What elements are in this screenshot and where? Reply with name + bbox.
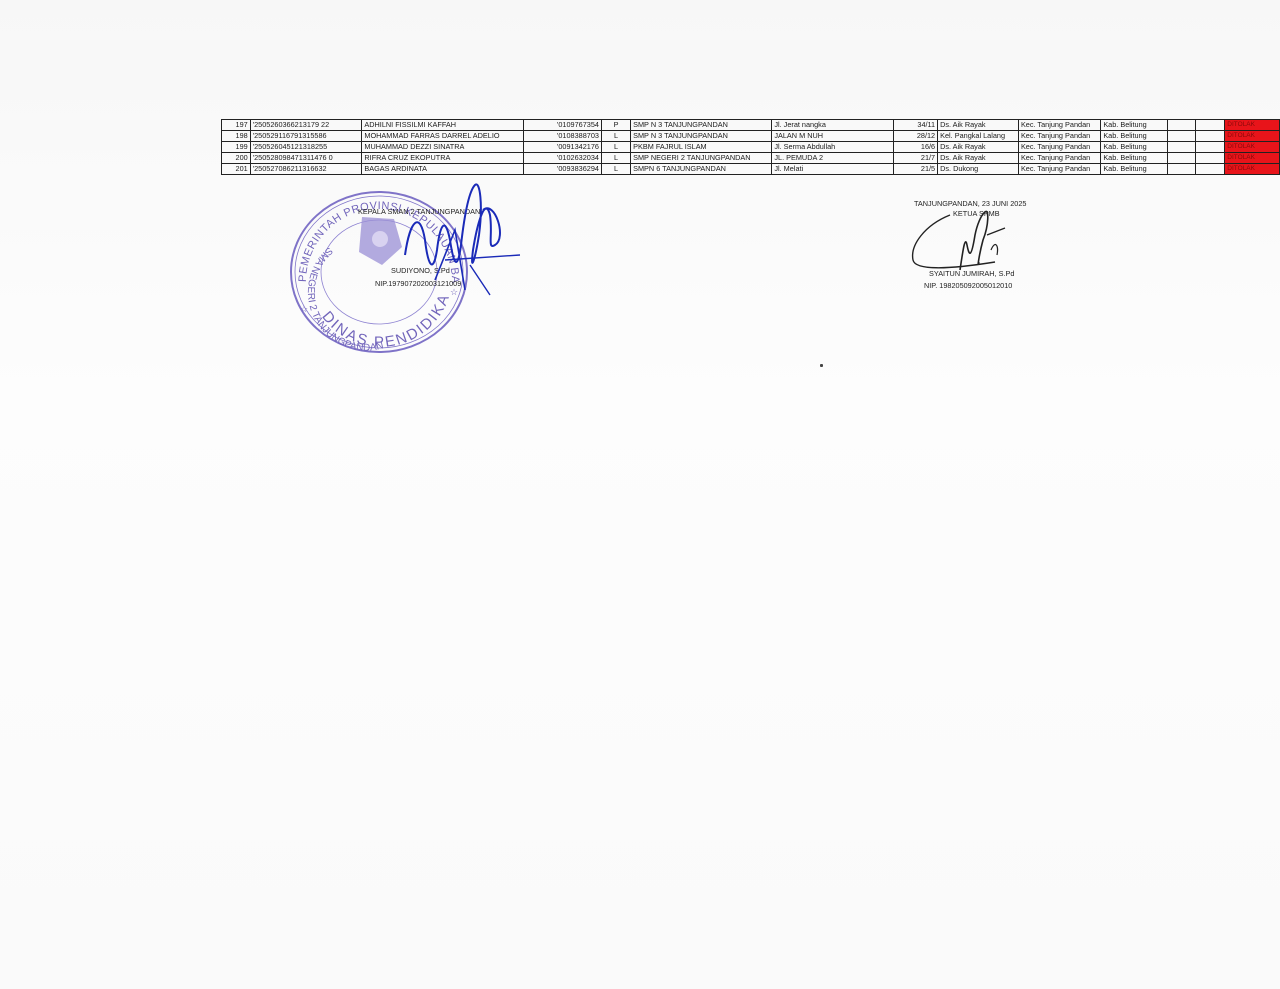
cell-no: 197 <box>222 120 251 131</box>
cell-gender: L <box>601 131 630 142</box>
cell-no: 199 <box>222 142 251 153</box>
cell-nisn: '0102632034 <box>524 153 602 164</box>
principal-signature <box>395 180 525 300</box>
cell-extra2 <box>1196 164 1225 175</box>
table-row: 200'250528098471311476 0RIFRA CRUZ EKOPU… <box>222 153 1280 164</box>
cell-no: 198 <box>222 131 251 142</box>
cell-rt-rw: 21/7 <box>894 153 938 164</box>
table-row: 199'250526045121318255MUHAMMAD DEZZI SIN… <box>222 142 1280 153</box>
cell-nisn: '0093836294 <box>524 164 602 175</box>
svg-text:☆: ☆ <box>300 304 308 314</box>
paper-speck <box>820 364 823 367</box>
cell-regency: Kab. Belitung <box>1101 142 1167 153</box>
cell-nisn: '0091342176 <box>524 142 602 153</box>
cell-reg-no: '250529116791315586 <box>250 131 362 142</box>
cell-regency: Kab. Belitung <box>1101 120 1167 131</box>
cell-regency: Kab. Belitung <box>1101 131 1167 142</box>
cell-village: Kel. Pangkal Lalang <box>938 131 1019 142</box>
cell-gender: P <box>601 120 630 131</box>
cell-school: SMP N 3 TANJUNGPANDAN <box>631 120 772 131</box>
cell-district: Kec. Tanjung Pandan <box>1018 153 1100 164</box>
cell-no: 201 <box>222 164 251 175</box>
cell-name: ADHILNI FISSILMI KAFFAH <box>362 120 524 131</box>
cell-status: DITOLAK <box>1225 131 1280 142</box>
cell-extra2 <box>1196 153 1225 164</box>
cell-reg-no: '250528098471311476 0 <box>250 153 362 164</box>
cell-name: MUHAMMAD DEZZI SINATRA <box>362 142 524 153</box>
cell-street: JL. PEMUDA 2 <box>772 153 894 164</box>
cell-status: DITOLAK <box>1225 164 1280 175</box>
cell-status: DITOLAK <box>1225 120 1280 131</box>
cell-extra1 <box>1167 153 1195 164</box>
cell-extra2 <box>1196 131 1225 142</box>
cell-rt-rw: 21/5 <box>894 164 938 175</box>
table-row: 198'250529116791315586MOHAMMAD FARRAS DA… <box>222 131 1280 142</box>
cell-street: Jl. Serma Abdullah <box>772 142 894 153</box>
cell-nisn: '0109767354 <box>524 120 602 131</box>
cell-village: Ds. Aik Rayak <box>938 153 1019 164</box>
cell-rt-rw: 28/12 <box>894 131 938 142</box>
cell-village: Ds. Aik Rayak <box>938 142 1019 153</box>
cell-rt-rw: 16/6 <box>894 142 938 153</box>
table-row: 201'250527086211316632BAGAS ARDINATA'009… <box>222 164 1280 175</box>
cell-name: BAGAS ARDINATA <box>362 164 524 175</box>
cell-extra1 <box>1167 120 1195 131</box>
cell-rt-rw: 34/11 <box>894 120 938 131</box>
cell-street: Jl. Jerat nangka <box>772 120 894 131</box>
committee-chair-nip: NIP. 198205092005012010 <box>924 281 1012 290</box>
cell-village: Ds. Dukong <box>938 164 1019 175</box>
table-row: 197'2505260366213179 22ADHILNI FISSILMI … <box>222 120 1280 131</box>
cell-village: Ds. Aik Rayak <box>938 120 1019 131</box>
cell-street: Jl. Melati <box>772 164 894 175</box>
cell-school: SMPN 6 TANJUNGPANDAN <box>631 164 772 175</box>
cell-district: Kec. Tanjung Pandan <box>1018 164 1100 175</box>
cell-district: Kec. Tanjung Pandan <box>1018 131 1100 142</box>
cell-extra2 <box>1196 142 1225 153</box>
cell-name: MOHAMMAD FARRAS DARREL ADELIO <box>362 131 524 142</box>
cell-status: DITOLAK <box>1225 153 1280 164</box>
cell-school: PKBM FAJRUL ISLAM <box>631 142 772 153</box>
cell-gender: L <box>601 164 630 175</box>
cell-regency: Kab. Belitung <box>1101 153 1167 164</box>
cell-extra1 <box>1167 131 1195 142</box>
cell-reg-no: '250527086211316632 <box>250 164 362 175</box>
cell-reg-no: '250526045121318255 <box>250 142 362 153</box>
cell-district: Kec. Tanjung Pandan <box>1018 120 1100 131</box>
applicant-table: 197'2505260366213179 22ADHILNI FISSILMI … <box>221 119 1280 175</box>
committee-chair-signature <box>905 200 1015 280</box>
cell-extra2 <box>1196 120 1225 131</box>
cell-status: DITOLAK <box>1225 142 1280 153</box>
cell-district: Kec. Tanjung Pandan <box>1018 142 1100 153</box>
cell-school: SMP N 3 TANJUNGPANDAN <box>631 131 772 142</box>
cell-no: 200 <box>222 153 251 164</box>
cell-gender: L <box>601 153 630 164</box>
cell-regency: Kab. Belitung <box>1101 164 1167 175</box>
cell-nisn: '0108388703 <box>524 131 602 142</box>
cell-extra1 <box>1167 164 1195 175</box>
cell-street: JALAN M NUH <box>772 131 894 142</box>
cell-school: SMP NEGERI 2 TANJUNGPANDAN <box>631 153 772 164</box>
cell-reg-no: '2505260366213179 22 <box>250 120 362 131</box>
cell-gender: L <box>601 142 630 153</box>
cell-extra1 <box>1167 142 1195 153</box>
cell-name: RIFRA CRUZ EKOPUTRA <box>362 153 524 164</box>
